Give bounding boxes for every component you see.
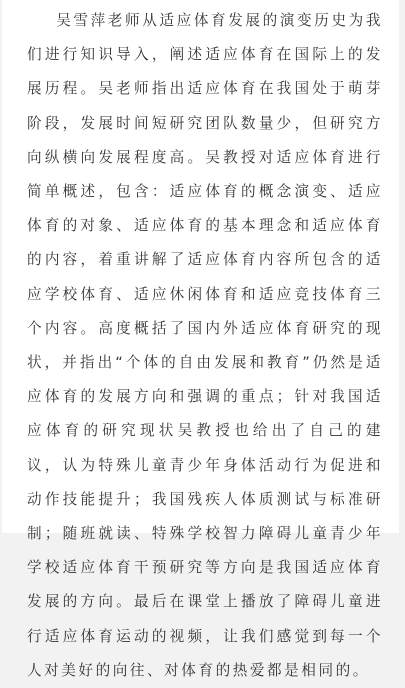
document-page: 吴雪萍老师从适应体育发展的演变历史为我们进行知识导入，阐述适应体育在国际上的发展…	[2, 0, 399, 533]
article-paragraph: 吴雪萍老师从适应体育发展的演变历史为我们进行知识导入，阐述适应体育在国际上的发展…	[27, 4, 383, 533]
